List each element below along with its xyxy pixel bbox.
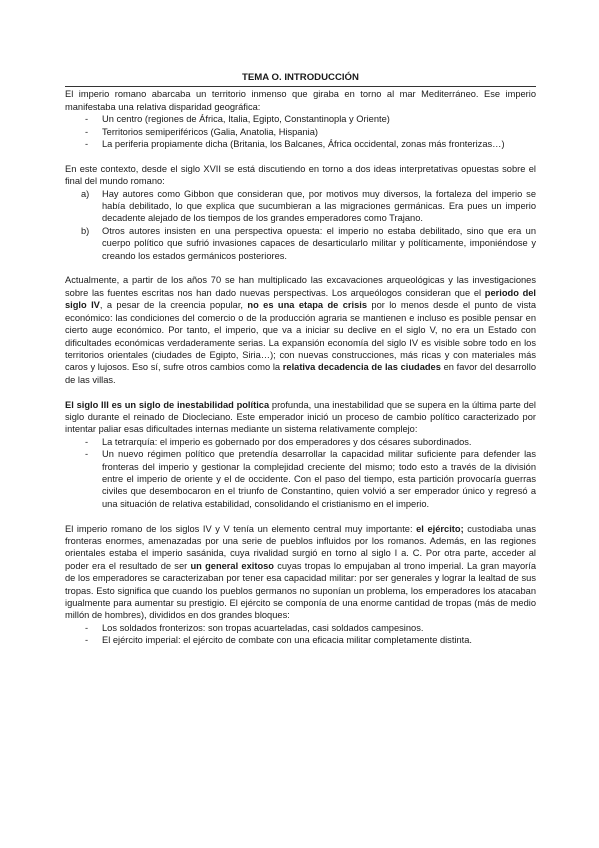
dash-marker: - xyxy=(85,113,88,125)
section4-paragraph: El siglo III es un siglo de inestabilida… xyxy=(65,399,536,436)
list-item: -El ejército imperial: el ejército de co… xyxy=(65,634,536,646)
list-item: -La tetrarquía: el imperio es gobernado … xyxy=(65,436,536,448)
dash-marker: - xyxy=(85,126,88,138)
list-item: b)Otros autores insisten en una perspect… xyxy=(65,225,536,262)
list-item: -Territorios semiperiféricos (Galia, Ana… xyxy=(65,126,536,138)
section3-paragraph: Actualmente, a partir de los años 70 se … xyxy=(65,274,536,386)
diocletian-reforms-list: -La tetrarquía: el imperio es gobernado … xyxy=(65,436,536,510)
dash-marker: - xyxy=(85,436,88,448)
list-item: -Un nuevo régimen político que pretendía… xyxy=(65,448,536,510)
alpha-marker: a) xyxy=(81,188,89,200)
section1-intro: El imperio romano abarcaba un territorio… xyxy=(65,88,536,113)
alpha-marker: b) xyxy=(81,225,89,237)
document-page: TEMA O. INTRODUCCIÓN El imperio romano a… xyxy=(65,72,536,647)
list-item: -La periferia propiamente dicha (Britani… xyxy=(65,138,536,150)
emphasis: no es una etapa de crisis xyxy=(247,300,367,310)
interpretations-list: a)Hay autores como Gibbon que consideran… xyxy=(65,188,536,262)
emphasis: relativa decadencia de las ciudades xyxy=(283,362,441,372)
emphasis: el ejército; xyxy=(416,524,464,534)
emphasis: un general exitoso xyxy=(190,561,274,571)
list-item: -Un centro (regiones de África, Italia, … xyxy=(65,113,536,125)
regions-list: -Un centro (regiones de África, Italia, … xyxy=(65,113,536,150)
list-item: -Los soldados fronterizos: son tropas ac… xyxy=(65,622,536,634)
list-item: a)Hay autores como Gibbon que consideran… xyxy=(65,188,536,225)
dash-marker: - xyxy=(85,138,88,150)
army-blocks-list: -Los soldados fronterizos: son tropas ac… xyxy=(65,622,536,647)
emphasis: El siglo III es un siglo de inestabilida… xyxy=(65,400,269,410)
document-title: TEMA O. INTRODUCCIÓN xyxy=(65,72,536,87)
dash-marker: - xyxy=(85,448,88,460)
section5-paragraph: El imperio romano de los siglos IV y V t… xyxy=(65,523,536,622)
dash-marker: - xyxy=(85,634,88,646)
section2-intro: En este contexto, desde el siglo XVII se… xyxy=(65,163,536,188)
dash-marker: - xyxy=(85,622,88,634)
